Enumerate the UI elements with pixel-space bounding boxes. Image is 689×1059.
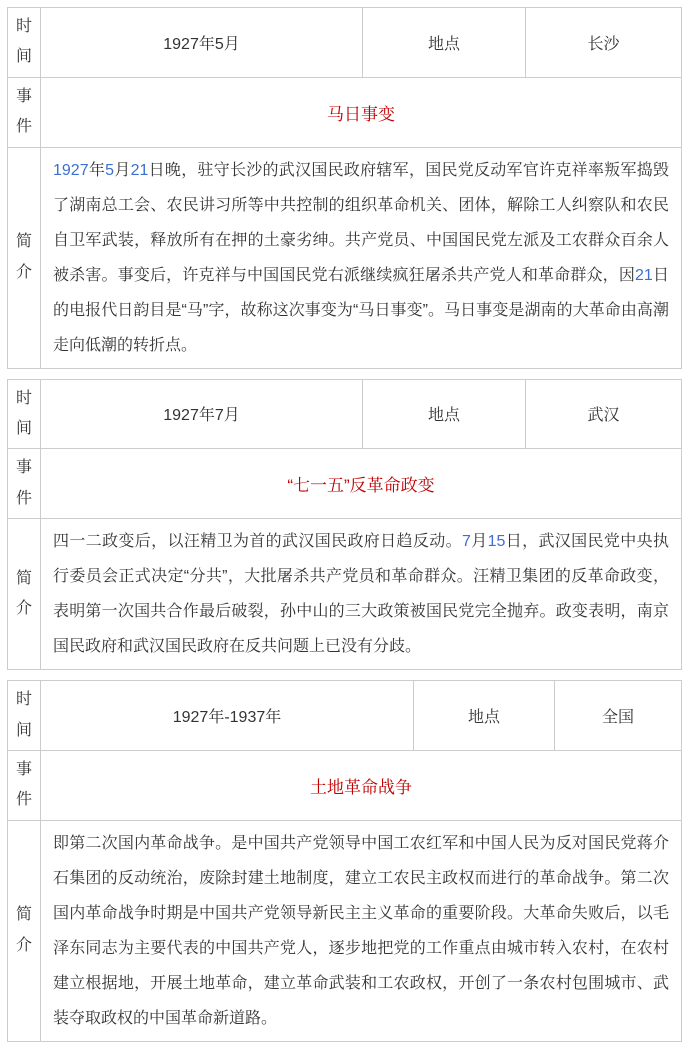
intro-label: 简介: [8, 147, 41, 368]
event-description: 即第二次国内革命战争。是中国共产党领导中国工农红军和中国人民为反对国民党蒋介石集…: [41, 820, 682, 1041]
table-row: 简介 即第二次国内革命战争。是中国共产党领导中国工农红军和中国人民为反对国民党蒋…: [8, 820, 682, 1041]
event-table-2: 时间 1927年7月 地点 武汉 事件 “七一五”反革命政变 简介 四一二政变后…: [7, 379, 682, 671]
event-title: 土地革命战争: [41, 750, 682, 820]
time-value: 1927年5月: [41, 8, 363, 78]
table-row: 简介 四一二政变后，以汪精卫为首的武汉国民政府日趋反动。7月15日，武汉国民党中…: [8, 519, 682, 670]
place-value: 武汉: [526, 379, 682, 449]
table-row: 事件 马日事变: [8, 77, 682, 147]
place-label: 地点: [363, 379, 526, 449]
event-description: 1927年5月21日晚，驻守长沙的武汉国民政府辖军，国民党反动军官许克祥率叛军捣…: [41, 147, 682, 368]
place-label: 地点: [414, 681, 555, 751]
intro-label: 简介: [8, 820, 41, 1041]
place-label: 地点: [363, 8, 526, 78]
place-value: 全国: [555, 681, 682, 751]
table-row: 时间 1927年5月 地点 长沙: [8, 8, 682, 78]
event-title: “七一五”反革命政变: [41, 449, 682, 519]
time-label: 时间: [8, 379, 41, 449]
highlighted-number: 5: [105, 162, 114, 179]
intro-label: 简介: [8, 519, 41, 670]
table-row: 简介 1927年5月21日晚，驻守长沙的武汉国民政府辖军，国民党反动军官许克祥率…: [8, 147, 682, 368]
event-description: 四一二政变后，以汪精卫为首的武汉国民政府日趋反动。7月15日，武汉国民党中央执行…: [41, 519, 682, 670]
highlighted-number: 21: [131, 162, 149, 179]
event-table-1: 时间 1927年5月 地点 长沙 事件 马日事变 简介 1927年5月21日晚，…: [7, 7, 682, 369]
table-row: 时间 1927年-1937年 地点 全国: [8, 681, 682, 751]
table-row: 事件 “七一五”反革命政变: [8, 449, 682, 519]
time-value: 1927年7月: [41, 379, 363, 449]
highlighted-number: 21: [635, 267, 653, 284]
event-title: 马日事变: [41, 77, 682, 147]
time-label: 时间: [8, 681, 41, 751]
event-label: 事件: [8, 77, 41, 147]
highlighted-number: 1927: [53, 162, 89, 179]
highlighted-number: 15: [488, 533, 506, 550]
event-label: 事件: [8, 449, 41, 519]
event-label: 事件: [8, 750, 41, 820]
history-events-document: 时间 1927年5月 地点 长沙 事件 马日事变 简介 1927年5月21日晚，…: [0, 0, 689, 1059]
highlighted-number: 7: [462, 533, 471, 550]
time-value: 1927年-1937年: [41, 681, 414, 751]
time-label: 时间: [8, 8, 41, 78]
table-row: 时间 1927年7月 地点 武汉: [8, 379, 682, 449]
event-table-3: 时间 1927年-1937年 地点 全国 事件 土地革命战争 简介 即第二次国内…: [7, 680, 682, 1042]
place-value: 长沙: [526, 8, 682, 78]
table-row: 事件 土地革命战争: [8, 750, 682, 820]
